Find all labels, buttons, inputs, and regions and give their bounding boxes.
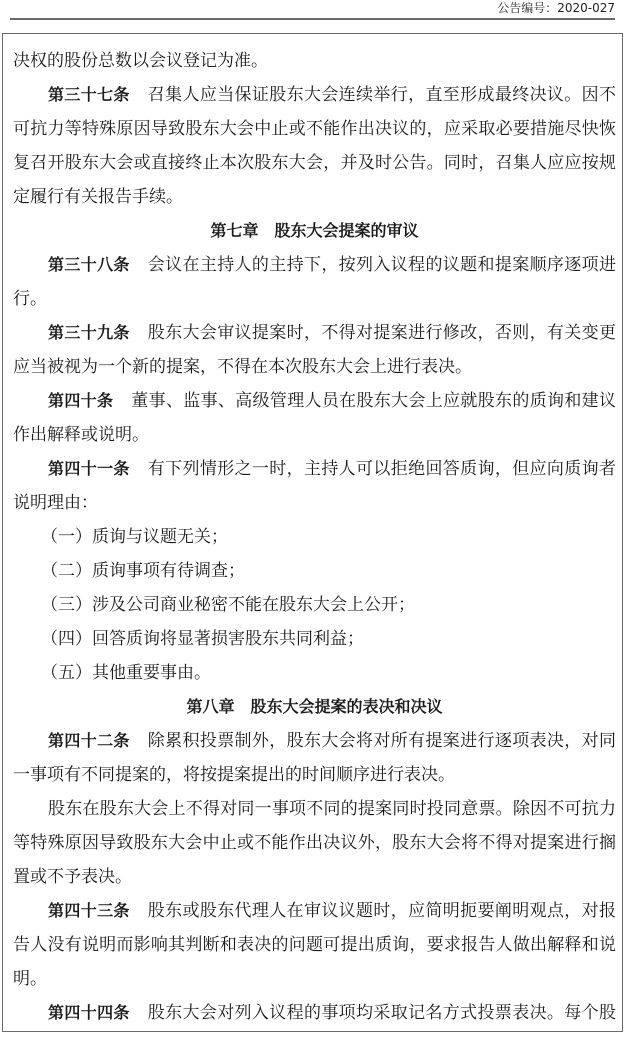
document-body: 决权的股份总数以会议登记为准。 第三十七条召集人应当保证股东大会连续举行，直至形…: [13, 44, 616, 1030]
article-title: 第三十七条: [48, 85, 130, 104]
article-42: 第四十二条除累积投票制外，股东大会将对所有提案进行逐项表决，对同: [13, 724, 616, 758]
text-line: 股东或股东代理人在审议议题时，应简明扼要阐明观点，对报: [148, 901, 616, 921]
text-line: 除累积投票制外，股东大会将对所有提案进行逐项表决，对同: [148, 731, 616, 751]
article-title: 第三十八条: [48, 255, 130, 274]
article-title: 第四十三条: [48, 901, 130, 920]
article-title: 第三十九条: [48, 323, 130, 342]
announcement-code: 公告编号：2020-027: [497, 1, 615, 15]
text-line: 定履行有关报告手续。: [13, 180, 616, 214]
article-title: 第四十二条: [48, 731, 130, 750]
article-38: 第三十八条会议在主持人的主持下，按列入议程的议题和提案顺序逐项进: [13, 248, 616, 282]
article-title: 第四十四条: [48, 1003, 130, 1022]
text-line: 股东在股东大会上不得对同一事项不同的提案同时投同意票。除因不可抗力: [13, 792, 616, 826]
article-41: 第四十一条有下列情形之一时，主持人可以拒绝回答质询，但应向质询者: [13, 452, 616, 486]
text-line: 行。: [13, 282, 616, 316]
text-line: 股东大会审议提案时，不得对提案进行修改，否则，有关变更: [148, 323, 616, 343]
text-line: 会议在主持人的主持下，按列入议程的议题和提案顺序逐项进: [148, 255, 616, 275]
list-item: （三）涉及公司商业秘密不能在股东大会上公开；: [13, 588, 616, 622]
article-title: 第四十条: [48, 391, 113, 410]
article-title: 第四十一条: [48, 459, 130, 478]
article-43: 第四十三条股东或股东代理人在审议议题时，应简明扼要阐明观点，对报: [13, 894, 616, 928]
article-44: 第四十四条股东大会对列入议程的事项均采取记名方式投票表决。每个股: [13, 996, 616, 1030]
list-item: （一）质询与议题无关；: [13, 520, 616, 554]
text-line: 可抗力等特殊原因导致股东大会中止或不能作出决议的，应采取必要措施尽快恢: [13, 112, 616, 146]
text-line: 有下列情形之一时，主持人可以拒绝回答质询，但应向质询者: [148, 459, 616, 479]
article-37: 第三十七条召集人应当保证股东大会连续举行，直至形成最终决议。因不: [13, 78, 616, 112]
text-line: 召集人应当保证股东大会连续举行，直至形成最终决议。因不: [148, 85, 616, 105]
text-line: 明。: [13, 962, 616, 996]
article-39: 第三十九条股东大会审议提案时，不得对提案进行修改，否则，有关变更: [13, 316, 616, 350]
text-line: 决权的股份总数以会议登记为准。: [13, 44, 616, 78]
list-item: （四）回答质询将显著损害股东共同利益；: [13, 622, 616, 656]
text-line: 股东大会对列入议程的事项均采取记名方式投票表决。每个股: [148, 1003, 616, 1023]
chapter-heading: 第八章 股东大会提案的表决和决议: [13, 690, 616, 724]
chapter-heading: 第七章 股东大会提案的审议: [13, 214, 616, 248]
article-40: 第四十条董事、监事、高级管理人员在股东大会上应就股东的质询和建议: [13, 384, 616, 418]
text-line: 应当被视为一个新的提案，不得在本次股东大会上进行表决。: [13, 350, 616, 384]
text-line: 作出解释或说明。: [13, 418, 616, 452]
text-line: 置或不予表决。: [13, 860, 616, 894]
text-line: 董事、监事、高级管理人员在股东大会上应就股东的质询和建议: [131, 391, 616, 411]
text-line: 等特殊原因导致股东大会中止或不能作出决议外，股东大会将不得对提案进行搁: [13, 826, 616, 860]
page-header: 公告编号：2020-027: [10, 0, 615, 20]
text-line: 告人没有说明而影响其判断和表决的问题可提出质询，要求报告人做出解释和说: [13, 928, 616, 962]
text-line: 说明理由：: [13, 486, 616, 520]
list-item: （二）质询事项有待调查；: [13, 554, 616, 588]
text-line: 复召开股东大会或直接终止本次股东大会，并及时公告。同时，召集人应应按规: [13, 146, 616, 180]
list-item: （五）其他重要事由。: [13, 656, 616, 690]
text-line: 一事项有不同提案的，将按提案提出的时间顺序进行表决。: [13, 758, 616, 792]
document-frame: 决权的股份总数以会议登记为准。 第三十七条召集人应当保证股东大会连续举行，直至形…: [2, 33, 623, 1032]
